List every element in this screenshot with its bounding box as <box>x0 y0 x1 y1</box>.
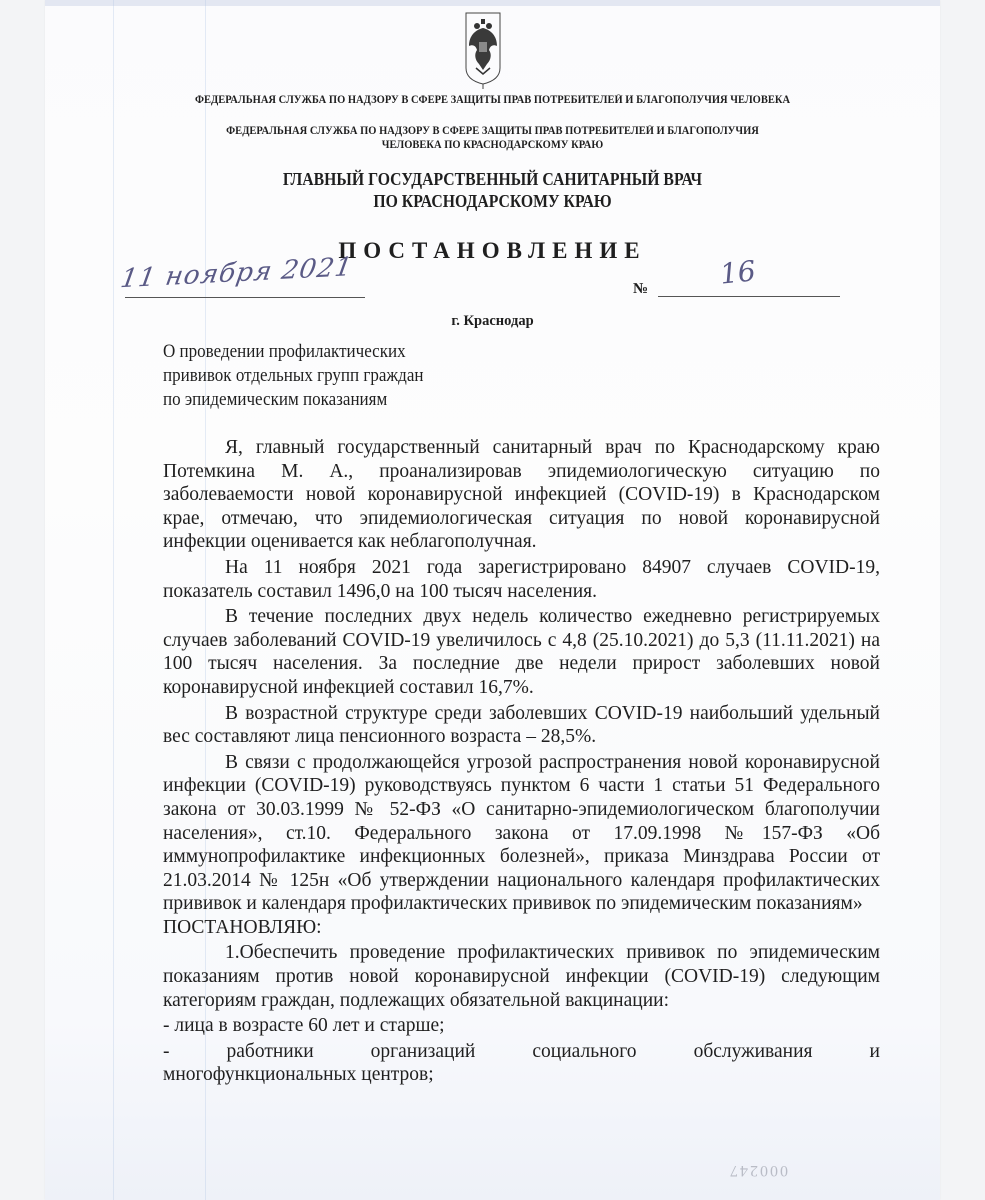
list-word: социального <box>532 1040 636 1064</box>
number-label: № <box>633 281 648 298</box>
russian-coat-of-arms-icon <box>463 10 503 90</box>
subject-line: О проведении профилактических <box>163 340 423 364</box>
paragraph-age-structure: В возрастной структуре среди заболевших … <box>163 702 880 749</box>
official-title-line2: ПО КРАСНОДАРСКОМУ КРАЮ <box>49 190 936 212</box>
resolve-heading: ПОСТАНОВЛЯЮ: <box>163 916 880 940</box>
city-label: г. Краснодар <box>0 313 985 330</box>
number-underline <box>658 296 840 297</box>
regional-agency-line1: ФЕДЕРАЛЬНАЯ СЛУЖБА ПО НАДЗОРУ В СФЕРЕ ЗА… <box>34 124 950 138</box>
regional-agency-line2: ЧЕЛОВЕКА ПО КРАСНОДАРСКОМУ КРАЮ <box>34 138 950 152</box>
list-word: обслуживания <box>694 1040 813 1064</box>
serial-stamp: 000247 <box>728 1161 788 1179</box>
list-item: - лица в возрасте 60 лет и старше; <box>163 1014 880 1038</box>
list-word: и <box>870 1040 880 1064</box>
resolution-item-1: 1.Обеспечить проведение профилактических… <box>163 941 880 1012</box>
list-item-continuation: многофункциональных центров; <box>163 1063 880 1087</box>
paragraph-legal-basis: В связи с продолжающейся угрозой распрос… <box>163 751 880 916</box>
paragraph-trend: В течение последних двух недель количест… <box>163 605 880 699</box>
subject-line: по эпидемическим показаниям <box>163 388 423 412</box>
list-dash: - <box>163 1040 170 1064</box>
document-body: Я, главный государственный санитарный вр… <box>163 436 880 1087</box>
official-title-line1: ГЛАВНЫЙ ГОСУДАРСТВЕННЫЙ САНИТАРНЫЙ ВРАЧ <box>49 168 936 190</box>
document-subject: О проведении профилактических прививок о… <box>163 340 423 412</box>
official-title: ГЛАВНЫЙ ГОСУДАРСТВЕННЫЙ САНИТАРНЫЙ ВРАЧ … <box>49 168 936 212</box>
handwritten-number: 16 <box>718 254 757 291</box>
paragraph-case-count: На 11 ноября 2021 года зарегистрировано … <box>163 556 880 603</box>
paragraph-preamble: Я, главный государственный санитарный вр… <box>163 436 880 554</box>
date-underline <box>125 297 365 298</box>
scan-top-band <box>45 0 940 6</box>
subject-line: прививок отдельных групп граждан <box>163 364 423 388</box>
list-item: - работники организаций социального обсл… <box>163 1040 880 1064</box>
document-type-heading: ПОСТАНОВЛЕНИЕ <box>0 238 985 264</box>
list-word: организаций <box>371 1040 476 1064</box>
list-word: работники <box>227 1040 314 1064</box>
federal-agency-name: ФЕДЕРАЛЬНАЯ СЛУЖБА ПО НАДЗОРУ В СФЕРЕ ЗА… <box>34 94 950 106</box>
regional-agency-name: ФЕДЕРАЛЬНАЯ СЛУЖБА ПО НАДЗОРУ В СФЕРЕ ЗА… <box>34 124 950 152</box>
